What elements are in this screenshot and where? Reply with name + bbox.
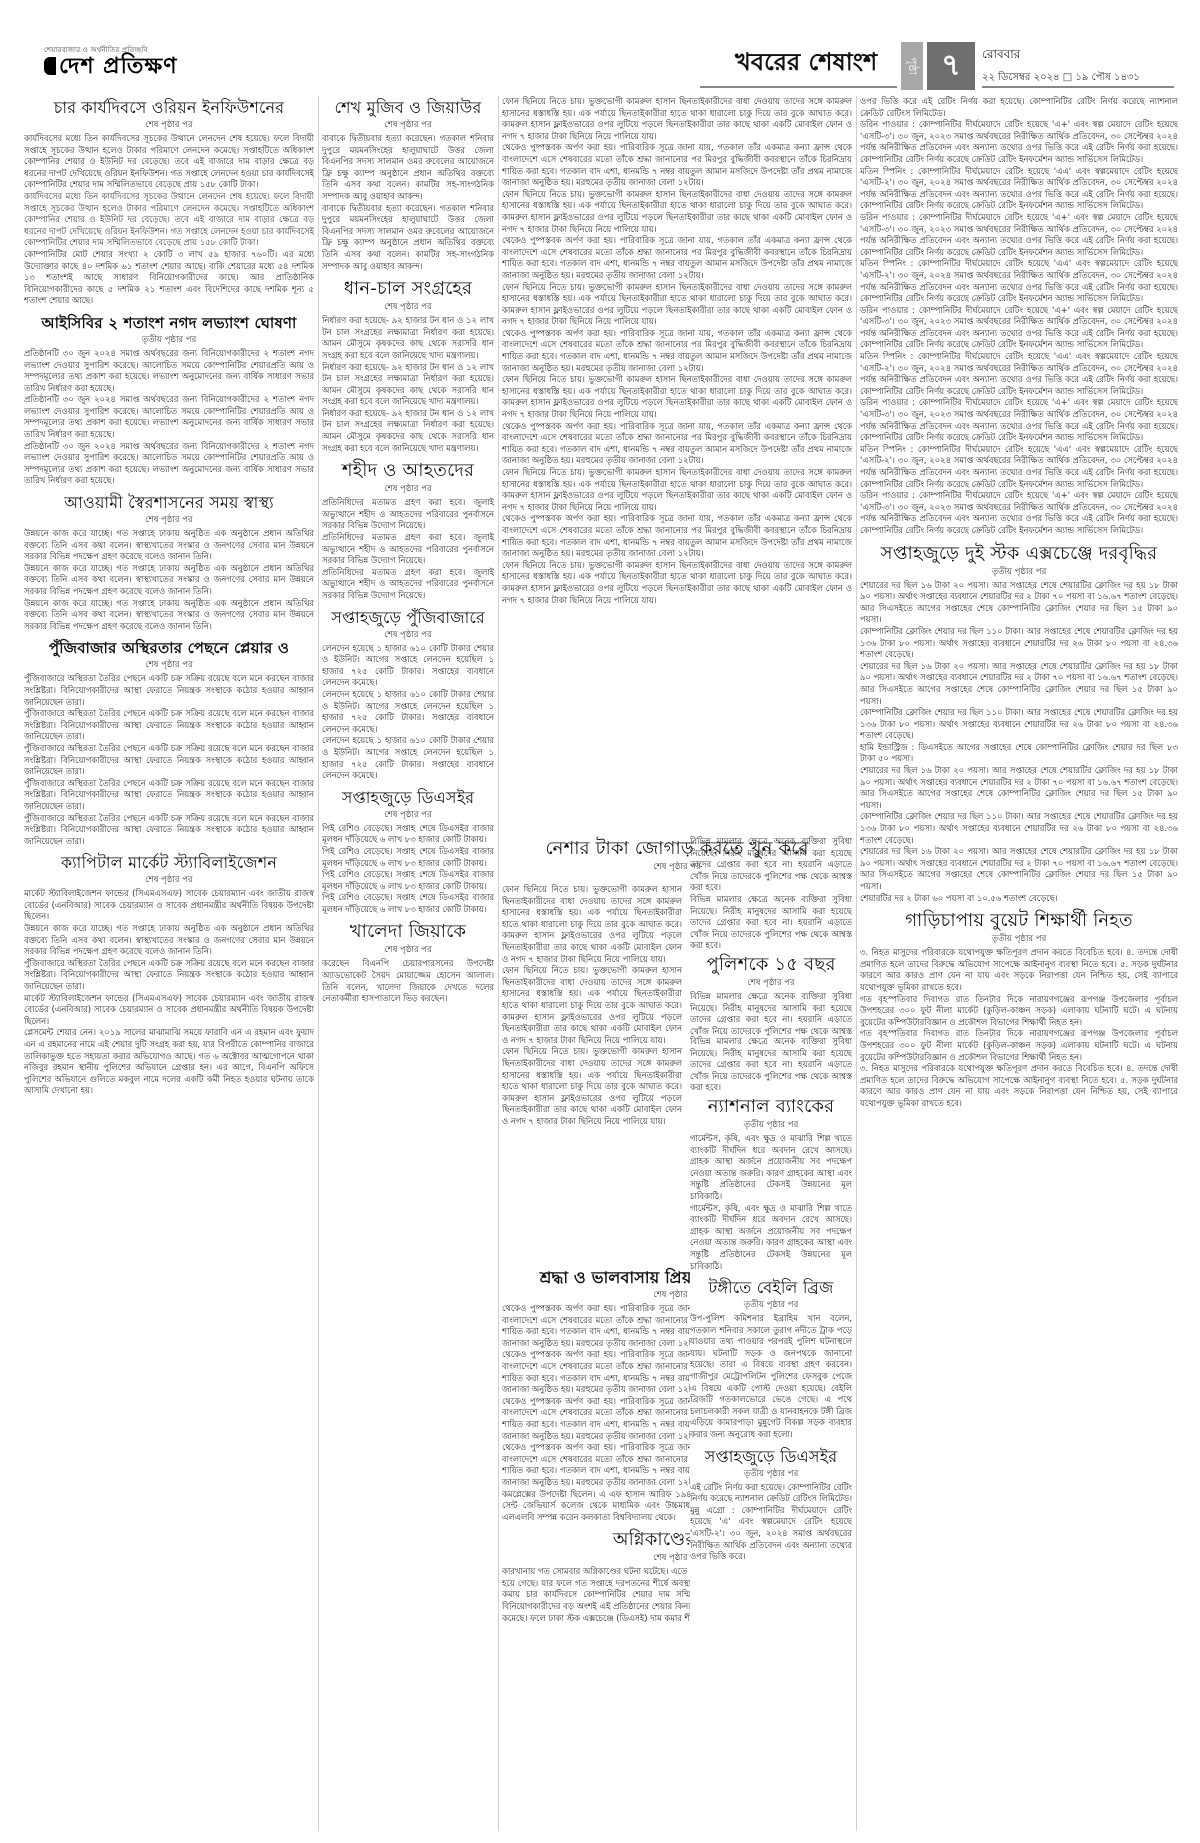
paragraph: ডরিন পাওয়ার : কোম্পানিটির দীর্ঘমেয়াদে …	[860, 305, 1178, 351]
column-3-top: ফোন ছিনিয়ে নিতে চায়। ভুক্তভোগী কামরুল …	[502, 96, 852, 836]
article-body: ফোন ছিনিয়ে নিতে চায়। ভুক্তভোগী কামরুল …	[502, 884, 682, 1127]
paragraph: কার্যদিবসের মধ্যে তিন কার্যদিবসের সূচকের…	[24, 133, 314, 191]
headline[interactable]: আওয়ামী স্বৈরশাসনের সময় স্বাস্থ্য	[24, 493, 314, 513]
paragraph: প্রতিনিধিদের মতামত গ্রহণ করা হবে। জুলাই …	[322, 567, 494, 602]
column-divider	[498, 96, 499, 1831]
paragraph: বাবাকে দ্বিতীয়বার হত্যা করেছেন। গতকাল শ…	[322, 203, 494, 273]
weekday: রোববার	[982, 46, 1140, 66]
paragraph: কোম্পানিটির মোট শেয়ার সংখ্যা ২ কোটি ৩ ল…	[24, 249, 314, 307]
continued-label: শেষ পৃষ্ঠার পর	[24, 119, 314, 131]
headline[interactable]: টঙ্গীতে বেইলি ব্রিজ	[690, 1278, 852, 1298]
paragraph: মার্কেট স্ট্যাবিলাইজেশন ফান্ডের (সিএমএসএ…	[24, 993, 314, 1028]
continued-label: শেষ পৃষ্ঠার পর	[690, 977, 852, 989]
article-market-instability: পুঁজিবাজার অস্থিরতার পেছনে প্লেয়ার ও শে…	[24, 638, 314, 847]
headline[interactable]: সপ্তাহজুড়ে দুই স্টক এক্সচেঞ্জে দরবৃদ্ধি…	[860, 543, 1178, 565]
article-weekly-dse: সপ্তাহজুড়ে ডিএসইর শেষ পৃষ্ঠার পর পিই রে…	[322, 788, 494, 916]
headline[interactable]: পুলিশকে ১৫ বছর	[690, 954, 852, 976]
paragraph: ফোন ছিনিয়ে নিতে চায়। ভুক্তভোগী কামরুল …	[502, 560, 852, 606]
date-block: রোববার ২২ ডিসেম্বর ২০২৪ □ ১৯ পৌষ ১৪৩১	[982, 46, 1140, 87]
paragraph: ফোন ছিনিয়ে নিতে চায়। ভুক্তভোগী কামরুল …	[502, 374, 852, 420]
paragraph: ফোন ছিনিয়ে নিতে চায়। ভুক্তভোগী কামরুল …	[502, 189, 852, 235]
article-national-bank: ন্যাশনাল ব্যাংকের তৃতীয় পৃষ্ঠার পর গার্…	[690, 1096, 852, 1272]
article-body: উন্নয়নে কাজ করে যাচ্ছে। গত সপ্তাহে ঢাকা…	[24, 528, 314, 632]
article-body: কার্যদিবসের মধ্যে তিন কার্যদিবসের সূচকের…	[24, 133, 314, 307]
section-title: খবরের শেষাংশ	[735, 44, 877, 84]
paragraph: প্রতিনিধিদের মতামত গ্রহণ করা হবে। জুলাই …	[322, 532, 494, 567]
paragraph: কোম্পানিটির ক্লোজিং শেয়ার দর ছিল ১১০ টা…	[860, 811, 1178, 846]
article-two-exchanges-price-rise: সপ্তাহজুড়ে দুই স্টক এক্সচেঞ্জে দরবৃদ্ধি…	[860, 543, 1178, 905]
article-body: এই রেটিং নির্ণয় করা হয়েছে। কোম্পানিটির…	[690, 1482, 852, 1563]
article-body: ফোন ছিনিয়ে নিতে চায়। ভুক্তভোগী কামরুল …	[502, 96, 852, 606]
article-sheikh-mujib-ziaur: শেখ মুজিব ও জিয়াউর শেষ পৃষ্ঠার পর বাবাক…	[322, 98, 494, 272]
headline[interactable]: গাড়িচাপায় বুয়েট শিক্ষার্থী নিহত	[860, 910, 1178, 932]
paragraph: ওপর ভিত্তি করে এই রেটিং নির্ণয় করা হয়ে…	[860, 96, 1178, 119]
article-body: উপ-পুলিশ কমিশনার ইব্রাহিম খান বলেন, গতকা…	[690, 1313, 852, 1441]
paragraph: শেয়ারের দর ছিল ১৬ টাকা ২০ পয়সা। আর সপ্…	[860, 765, 1178, 811]
headline[interactable]: ধান-চাল সংগ্রহের	[322, 278, 494, 300]
article-paddy-rice-procurement: ধান-চাল সংগ্রহের শেষ পৃষ্ঠার পর নির্ধারণ…	[322, 278, 494, 454]
continued-label: শেষ পৃষ্ঠার পর	[24, 514, 314, 526]
paragraph: নির্ধারণ করা হয়েছে- ৯২ হাজার টন ধান ও ১…	[322, 408, 494, 454]
headline[interactable]: ক্যাপিটাল মার্কেট স্ট্যাবিলাইজেশন	[24, 853, 314, 873]
paragraph: প্রতিষ্ঠানটি ৩০ জুন ২০২৪ সমাপ্ত অর্থবছরে…	[24, 394, 314, 440]
article-body: নির্ধারণ করা হয়েছে- ৯২ হাজার টন ধান ও ১…	[322, 315, 494, 454]
paragraph: কোম্পানিটির ক্লোজিং শেয়ার দর ছিল ১১০ টা…	[860, 707, 1178, 742]
paragraph: ফোন ছিনিয়ে নিতে চায়। ভুক্তভোগী কামরুল …	[502, 282, 852, 328]
continued-label: শেষ পৃষ্ঠার পর	[322, 119, 494, 131]
paragraph: মতিন স্পিনিং : কোম্পানিটির দীর্ঘমেয়াদে …	[860, 444, 1178, 490]
paragraph: পিই রেশিও বেড়েছে। সপ্তাহ শেষে ডিএসইর বা…	[322, 892, 494, 915]
column-4: ওপর ভিত্তি করে এই রেটিং নির্ণয় করা হয়ে…	[860, 96, 1178, 1831]
headline[interactable]: সপ্তাহজুড়ে ডিএসইর	[322, 788, 494, 808]
headline[interactable]: শহীদ ও আহতদের	[322, 460, 494, 482]
paragraph: ডরিন পাওয়ার : কোম্পানিটির দীর্ঘমেয়াদে …	[860, 212, 1178, 258]
paragraph: পুঁজিবাজারে অস্থিরতা তৈরির পেছনে একটি চক…	[24, 708, 314, 743]
article-body: করেছেন বিএনপি চেয়ারপারসনের উপদেষ্টা অ্য…	[322, 958, 494, 1004]
continued-label: শেষ পৃষ্ঠার পর	[322, 483, 494, 495]
paragraph: শেয়ারের দর ছিল ১৬ টাকা ২০ পয়সা। আর সপ্…	[860, 580, 1178, 626]
article-body: মার্কেট স্ট্যাবিলাইজেশন ফান্ডের (সিএমএসএ…	[24, 888, 314, 1097]
paragraph: ৩. নিহত মাসুদের পরিবারকে যথোপযুক্ত ক্ষতি…	[860, 1063, 1178, 1109]
paragraph: প্লেসমেন্ট শেয়ার নেন। ২০১৯ সালের মাঝামা…	[24, 1027, 314, 1097]
column-3b: বিভিন্ন মামলার ক্ষেত্রে অনেক ব্যক্তিরা স…	[690, 836, 852, 1055]
paragraph: নির্ধারণ করা হয়েছে- ৯২ হাজার টন ধান ও ১…	[322, 315, 494, 361]
column-divider	[856, 96, 857, 1831]
paragraph: ফোন ছিনিয়ে নিতে চায়। ভুক্তভোগী কামরুল …	[502, 1046, 682, 1127]
header-divider-right	[982, 86, 1174, 88]
paragraph: উন্নয়নে কাজ করে যাচ্ছে। গত সপ্তাহে ঢাকা…	[24, 923, 314, 958]
continued-label: শেষ পৃষ্ঠার পর	[24, 874, 314, 886]
headline[interactable]: চার কার্যদিবসে ওরিয়ন ইনফিউশনের	[24, 98, 314, 118]
paragraph: বিভিন্ন মামলার ক্ষেত্রে অনেক ব্যক্তিরা স…	[690, 1036, 852, 1094]
paragraph: পুঁজিবাজারে অস্থিরতা তৈরির পেছনে একটি চক…	[24, 673, 314, 708]
article-body: বাবাকে দ্বিতীয়বার হত্যা করেছেন। গতকাল শ…	[322, 133, 494, 272]
continued-label: তৃতীয় পৃষ্ঠার পর	[24, 334, 314, 346]
paragraph: মতিন স্পিনিং : কোম্পানিটির দীর্ঘমেয়াদে …	[860, 166, 1178, 212]
paragraph: কার্যদিবসের মধ্যে তিন কার্যদিবসের সূচকের…	[24, 191, 314, 249]
headline[interactable]: সপ্তাহজুড়ে ডিএসইর	[690, 1447, 852, 1467]
continued-label: তৃতীয় পৃষ্ঠার পর	[860, 566, 1178, 578]
paragraph: গার্মেন্টস, কৃষি, এবং ক্ষুদ্র ও মাঝারি শ…	[690, 1133, 852, 1203]
paragraph: উন্নয়নে কাজ করে যাচ্ছে। গত সপ্তাহে ঢাকা…	[24, 563, 314, 598]
paragraph: প্রতিনিধিদের মতামত গ্রহণ করা হবে। জুলাই …	[322, 497, 494, 532]
article-body: লেনদেন হয়েছে ১ হাজার ৬১০ কোটি টাকার শেয…	[322, 643, 494, 782]
masthead: শেয়ারবাজার ও অর্থনীতির প্রতিচ্ছবি দেশ প…	[0, 0, 1200, 76]
article-body: পুঁজিবাজারে অস্থিরতা তৈরির পেছনে একটি চক…	[24, 673, 314, 847]
paragraph: ফোন ছিনিয়ে নিতে চায়। ভুক্তভোগী কামরুল …	[502, 884, 682, 965]
header-divider-left	[700, 86, 897, 88]
paragraph: ফোন ছিনিয়ে নিতে চায়। ভুক্তভোগী কামরুল …	[502, 965, 682, 1046]
column-divider	[318, 96, 319, 1831]
article-body: ৩. নিহত মাসুদের পরিবারকে যথোপযুক্ত ক্ষতি…	[860, 947, 1178, 1109]
paragraph: মতিন স্পিনিং : কোম্পানিটির দীর্ঘমেয়াদে …	[860, 258, 1178, 304]
article-body: পিই রেশিও বেড়েছে। সপ্তাহ শেষে ডিএসইর বা…	[322, 823, 494, 916]
headline[interactable]: সপ্তাহজুড়ে পুঁজিবাজারে	[322, 608, 494, 628]
paragraph: পুঁজিবাজারে অস্থিরতা তৈরির পেছনে একটি চক…	[24, 958, 314, 993]
article-body: বিভিন্ন মামলার ক্ষেত্রে অনেক ব্যক্তিরা স…	[690, 836, 852, 952]
paragraph: পিই রেশিও বেড়েছে। সপ্তাহ শেষে ডিএসইর বা…	[322, 823, 494, 846]
column-1: চার কার্যদিবসে ওরিয়ন ইনফিউশনের শেষ পৃষ্…	[24, 96, 314, 1831]
date-line: ২২ ডিসেম্বর ২০২৪ □ ১৯ পৌষ ১৪৩১	[982, 70, 1140, 87]
paragraph: পুঁজিবাজারে অস্থিরতা তৈরির পেছনে একটি চক…	[24, 813, 314, 848]
logo-emblem-icon	[44, 57, 56, 75]
continued-label: তৃতীয় পৃষ্ঠার পর	[690, 1299, 852, 1311]
paragraph: কোম্পানিটির ক্লোজিং শেয়ার দর ছিল ১১০ টা…	[860, 626, 1178, 661]
newspaper-logo[interactable]: শেয়ারবাজার ও অর্থনীতির প্রতিচ্ছবি দেশ প…	[44, 44, 178, 78]
article-weekly-capital-market: সপ্তাহজুড়ে পুঁজিবাজারে শেষ পৃষ্ঠার পর ল…	[322, 608, 494, 782]
paragraph: লেনদেন হয়েছে ১ হাজার ৬১০ কোটি টাকার শেয…	[322, 735, 494, 781]
headline[interactable]: শেখ মুজিব ও জিয়াউর	[322, 98, 494, 118]
article-body: ওপর ভিত্তি করে এই রেটিং নির্ণয় করা হয়ে…	[860, 96, 1178, 537]
paragraph: থেকেও পুষ্পস্তবক অর্পণ করা হয়। পারিবারি…	[502, 328, 852, 374]
paragraph: প্রতিষ্ঠানটি ৩০ জুন ২০২৪ সমাপ্ত অর্থবছরে…	[24, 348, 314, 394]
paragraph: বিভিন্ন মামলার ক্ষেত্রে অনেক ব্যক্তিরা স…	[690, 894, 852, 952]
paragraph: উন্নয়নে কাজ করে যাচ্ছে। গত সপ্তাহে ঢাকা…	[24, 528, 314, 563]
paragraph: ৩. নিহত মাসুদের পরিবারকে যথোপযুক্ত ক্ষতি…	[860, 947, 1178, 993]
paragraph: থেকেও পুষ্পস্তবক অর্পণ করা হয়। পারিবারি…	[502, 513, 852, 559]
paragraph: করেছেন বিএনপি চেয়ারপারসনের উপদেষ্টা অ্য…	[322, 958, 494, 1004]
paragraph: শেয়ারের দর ছিল ১৬ টাকা ২০ পয়সা। আর সপ্…	[860, 846, 1178, 892]
paragraph: পুঁজিবাজারে অস্থিরতা তৈরির পেছনে একটি চক…	[24, 778, 314, 813]
continued-label: শেষ পৃষ্ঠার পর	[322, 809, 494, 821]
paragraph: উন্নয়নে কাজ করে যাচ্ছে। গত সপ্তাহে ঢাকা…	[24, 598, 314, 633]
article-tongi-bailey-bridge: টঙ্গীতে বেইলি ব্রিজ তৃতীয় পৃষ্ঠার পর উপ…	[690, 1278, 852, 1441]
logo-title: দেশ প্রতিক্ষণ	[59, 54, 178, 79]
article-capital-market-stabilization: ক্যাপিটাল মার্কেট স্ট্যাবিলাইজেশন শেষ পৃ…	[24, 853, 314, 1097]
paragraph: মতিন স্পিনিং : কোম্পানিটির দীর্ঘমেয়াদে …	[860, 351, 1178, 397]
page-label: পৃষ্ঠা	[901, 42, 923, 90]
paragraph: গত বৃহস্পতিবার দিবাগত রাত তিনটার দিকে না…	[860, 994, 1178, 1029]
paragraph: হামি ইন্ডাস্ট্রিজ : ডিএসইতে আগের সপ্তাহে…	[860, 742, 1178, 765]
paragraph: লেনদেন হয়েছে ১ হাজার ৬১০ কোটি টাকার শেয…	[322, 643, 494, 689]
paragraph: প্রতিষ্ঠানটি ৩০ জুন ২০২৪ সমাপ্ত অর্থবছরে…	[24, 441, 314, 487]
paragraph: লেনদেন হয়েছে ১ হাজার ৬১০ কোটি টাকার শেয…	[322, 689, 494, 735]
paragraph: পুঁজিবাজারে অস্থিরতা তৈরির পেছনে একটি চক…	[24, 743, 314, 778]
paragraph: ফোন ছিনিয়ে নিতে চায়। ভুক্তভোগী কামরুল …	[502, 467, 852, 513]
paragraph: থেকেও পুষ্পস্তবক অর্পণ করা হয়। পারিবারি…	[502, 142, 852, 188]
headline[interactable]: আইসিবির ২ শতাংশ নগদ লভ্যাংশ ঘোষণা	[24, 313, 314, 333]
paragraph: শেয়ারের দর ছিল ১৬ টাকা ২০ পয়সা। আর সপ্…	[860, 661, 1178, 707]
continued-label: শেষ পৃষ্ঠার পর	[322, 301, 494, 313]
paragraph: থেকেও পুষ্পস্তবক অর্পণ করা হয়। পারিবারি…	[502, 235, 852, 281]
continued-label: তৃতীয় পৃষ্ঠার পর	[860, 933, 1178, 945]
article-weekly-dse-rating: সপ্তাহজুড়ে ডিএসইর তৃতীয় পৃষ্ঠার পর এই …	[690, 1447, 852, 1563]
paragraph: ডরিন পাওয়ার : কোম্পানিটির দীর্ঘমেয়াদে …	[860, 397, 1178, 443]
continued-label: শেষ পৃষ্ঠার পর	[322, 629, 494, 641]
headline[interactable]: খালেদা জিয়াকে	[322, 921, 494, 943]
continued-label: শেষ পৃষ্ঠার পর	[322, 944, 494, 956]
paragraph: মার্কেট স্ট্যাবিলাইজেশন ফান্ডের (সিএমএসএ…	[24, 888, 314, 923]
article-orion-infusion: চার কার্যদিবসে ওরিয়ন ইনফিউশনের শেষ পৃষ্…	[24, 98, 314, 307]
article-khaleda-zia: খালেদা জিয়াকে শেষ পৃষ্ঠার পর করেছেন বিএ…	[322, 921, 494, 1004]
paragraph: এই রেটিং নির্ণয় করা হয়েছে। কোম্পানিটির…	[690, 1482, 852, 1563]
column-2: শেখ মুজিব ও জিয়াউর শেষ পৃষ্ঠার পর বাবাক…	[322, 96, 494, 1831]
paragraph: উপ-পুলিশ কমিশনার ইব্রাহিম খান বলেন, গতকা…	[690, 1313, 852, 1441]
article-body: প্রতিনিধিদের মতামত গ্রহণ করা হবে। জুলাই …	[322, 497, 494, 601]
article-body: গার্মেন্টস, কৃষি, এবং ক্ষুদ্র ও মাঝারি শ…	[690, 1133, 852, 1272]
paragraph: ফোন ছিনিয়ে নিতে চায়। ভুক্তভোগী কামরুল …	[502, 96, 852, 142]
article-credit-ratings: ওপর ভিত্তি করে এই রেটিং নির্ণয় করা হয়ে…	[860, 96, 1178, 537]
article-body: শেয়ারের দর ছিল ১৬ টাকা ২০ পয়সা। আর সপ্…	[860, 580, 1178, 905]
paragraph: থেকেও পুষ্পস্তবক অর্পণ করা হয়। পারিবারি…	[502, 421, 852, 467]
paragraph: বাবাকে দ্বিতীয়বার হত্যা করেছেন। গতকাল শ…	[322, 133, 494, 203]
continued-label: তৃতীয় পৃষ্ঠার পর	[690, 1468, 852, 1480]
article-body: প্রতিষ্ঠানটি ৩০ জুন ২০২৪ সমাপ্ত অর্থবছরে…	[24, 348, 314, 487]
continued-label: শেষ পৃষ্ঠার পর	[24, 659, 314, 671]
paragraph: পিই রেশিও বেড়েছে। সপ্তাহ শেষে ডিএসইর বা…	[322, 869, 494, 892]
headline[interactable]: পুঁজিবাজার অস্থিরতার পেছনে প্লেয়ার ও	[24, 638, 314, 658]
article-martyrs-injured: শহীদ ও আহতদের শেষ পৃষ্ঠার পর প্রতিনিধিদে…	[322, 460, 494, 601]
paragraph: ডরিন পাওয়ার : কোম্পানিটির দীর্ঘমেয়াদে …	[860, 490, 1178, 536]
paragraph: গত বৃহস্পতিবার দিবাগত রাত তিনটার দিকে না…	[860, 1028, 1178, 1063]
article-body: বিভিন্ন মামলার ক্ষেত্রে অনেক ব্যক্তিরা স…	[690, 1036, 852, 1094]
paragraph: বিভিন্ন মামলার ক্ষেত্রে অনেক ব্যক্তিরা স…	[690, 836, 852, 894]
paragraph: গার্মেন্টস, কৃষি, এবং ক্ষুদ্র ও মাঝারি শ…	[690, 1203, 852, 1273]
article-icb-dividend: আইসিবির ২ শতাংশ নগদ লভ্যাংশ ঘোষণা তৃতীয়…	[24, 313, 314, 487]
paragraph: শেয়ারটির দর ২ টাকা ৬০ পয়সা বা ১০.৫৬ শত…	[860, 893, 1178, 905]
article-police-15-years: পুলিশকে ১৫ বছর শেষ পৃষ্ঠার পর বিভিন্ন মা…	[690, 954, 852, 1049]
page-number: ৭	[927, 42, 975, 90]
paragraph: পিই রেশিও বেড়েছে। সপ্তাহ শেষে ডিএসইর বা…	[322, 846, 494, 869]
headline[interactable]: ন্যাশনাল ব্যাংকের	[690, 1096, 852, 1118]
paragraph: নির্ধারণ করা হয়েছে- ৯২ হাজার টন ধান ও ১…	[322, 362, 494, 408]
paragraph: ডরিন পাওয়ার : কোম্পানিটির দীর্ঘমেয়াদে …	[860, 119, 1178, 165]
article-buet-student-killed: গাড়িচাপায় বুয়েট শিক্ষার্থী নিহত তৃতীয…	[860, 910, 1178, 1109]
column-3b-lower: বিভিন্ন মামলার ক্ষেত্রে অনেক ব্যক্তিরা স…	[690, 1036, 852, 1831]
article-health-sector: আওয়ামী স্বৈরশাসনের সময় স্বাস্থ্য শেষ প…	[24, 493, 314, 632]
continued-label: তৃতীয় পৃষ্ঠার পর	[690, 1119, 852, 1131]
